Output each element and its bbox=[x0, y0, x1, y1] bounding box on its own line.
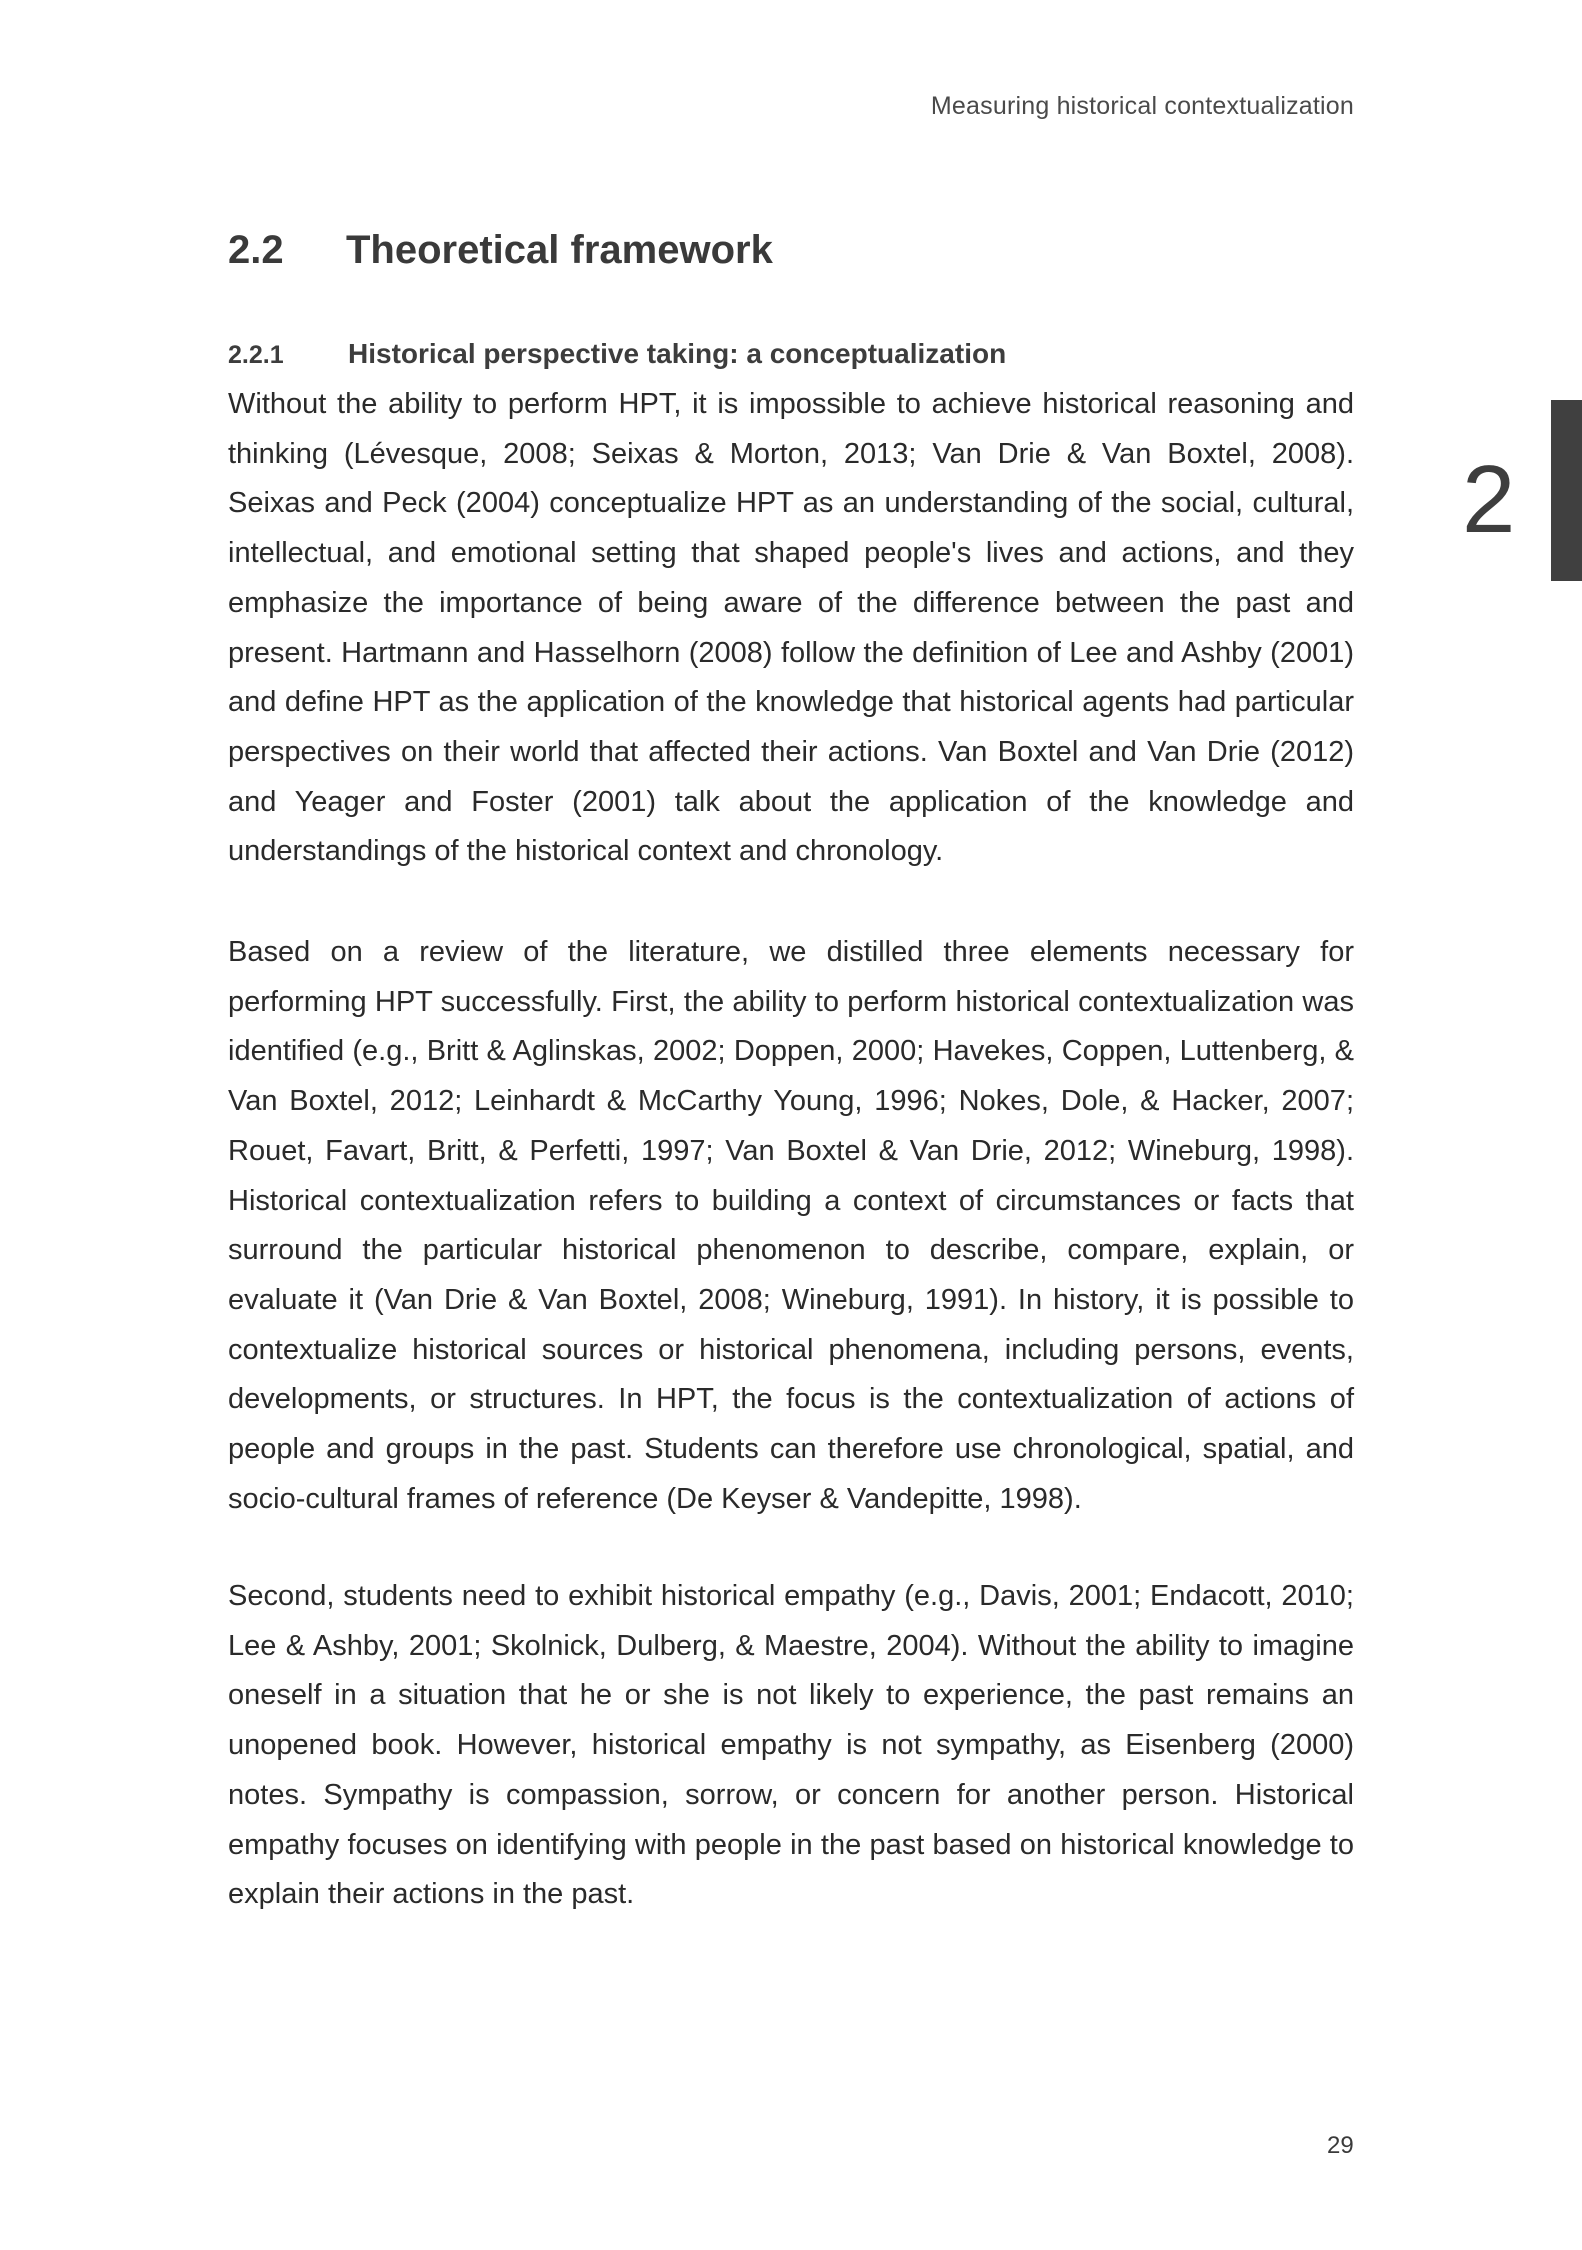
paragraph-text: Based on a review of the literature, we … bbox=[228, 928, 1354, 1524]
body-paragraph-1: Without the ability to perform HPT, it i… bbox=[228, 380, 1354, 877]
section-number: 2.2 bbox=[228, 228, 346, 273]
subsection-title: Historical perspective taking: a concept… bbox=[348, 338, 1006, 370]
paragraph-text: Second, students need to exhibit histori… bbox=[228, 1572, 1354, 1920]
subsection-heading: 2.2.1 Historical perspective taking: a c… bbox=[228, 338, 1006, 370]
running-header: Measuring historical contextualization bbox=[931, 92, 1354, 121]
chapter-number: 2 bbox=[1462, 452, 1515, 548]
body-paragraph-2: Based on a review of the literature, we … bbox=[228, 928, 1354, 1524]
section-title: Theoretical framework bbox=[346, 228, 773, 273]
chapter-tab-marker bbox=[1551, 400, 1582, 581]
section-heading: 2.2 Theoretical framework bbox=[228, 228, 773, 273]
body-paragraph-3: Second, students need to exhibit histori… bbox=[228, 1572, 1354, 1920]
page-number: 29 bbox=[1327, 2132, 1354, 2160]
paragraph-text: Without the ability to perform HPT, it i… bbox=[228, 380, 1354, 877]
subsection-number: 2.2.1 bbox=[228, 338, 348, 370]
